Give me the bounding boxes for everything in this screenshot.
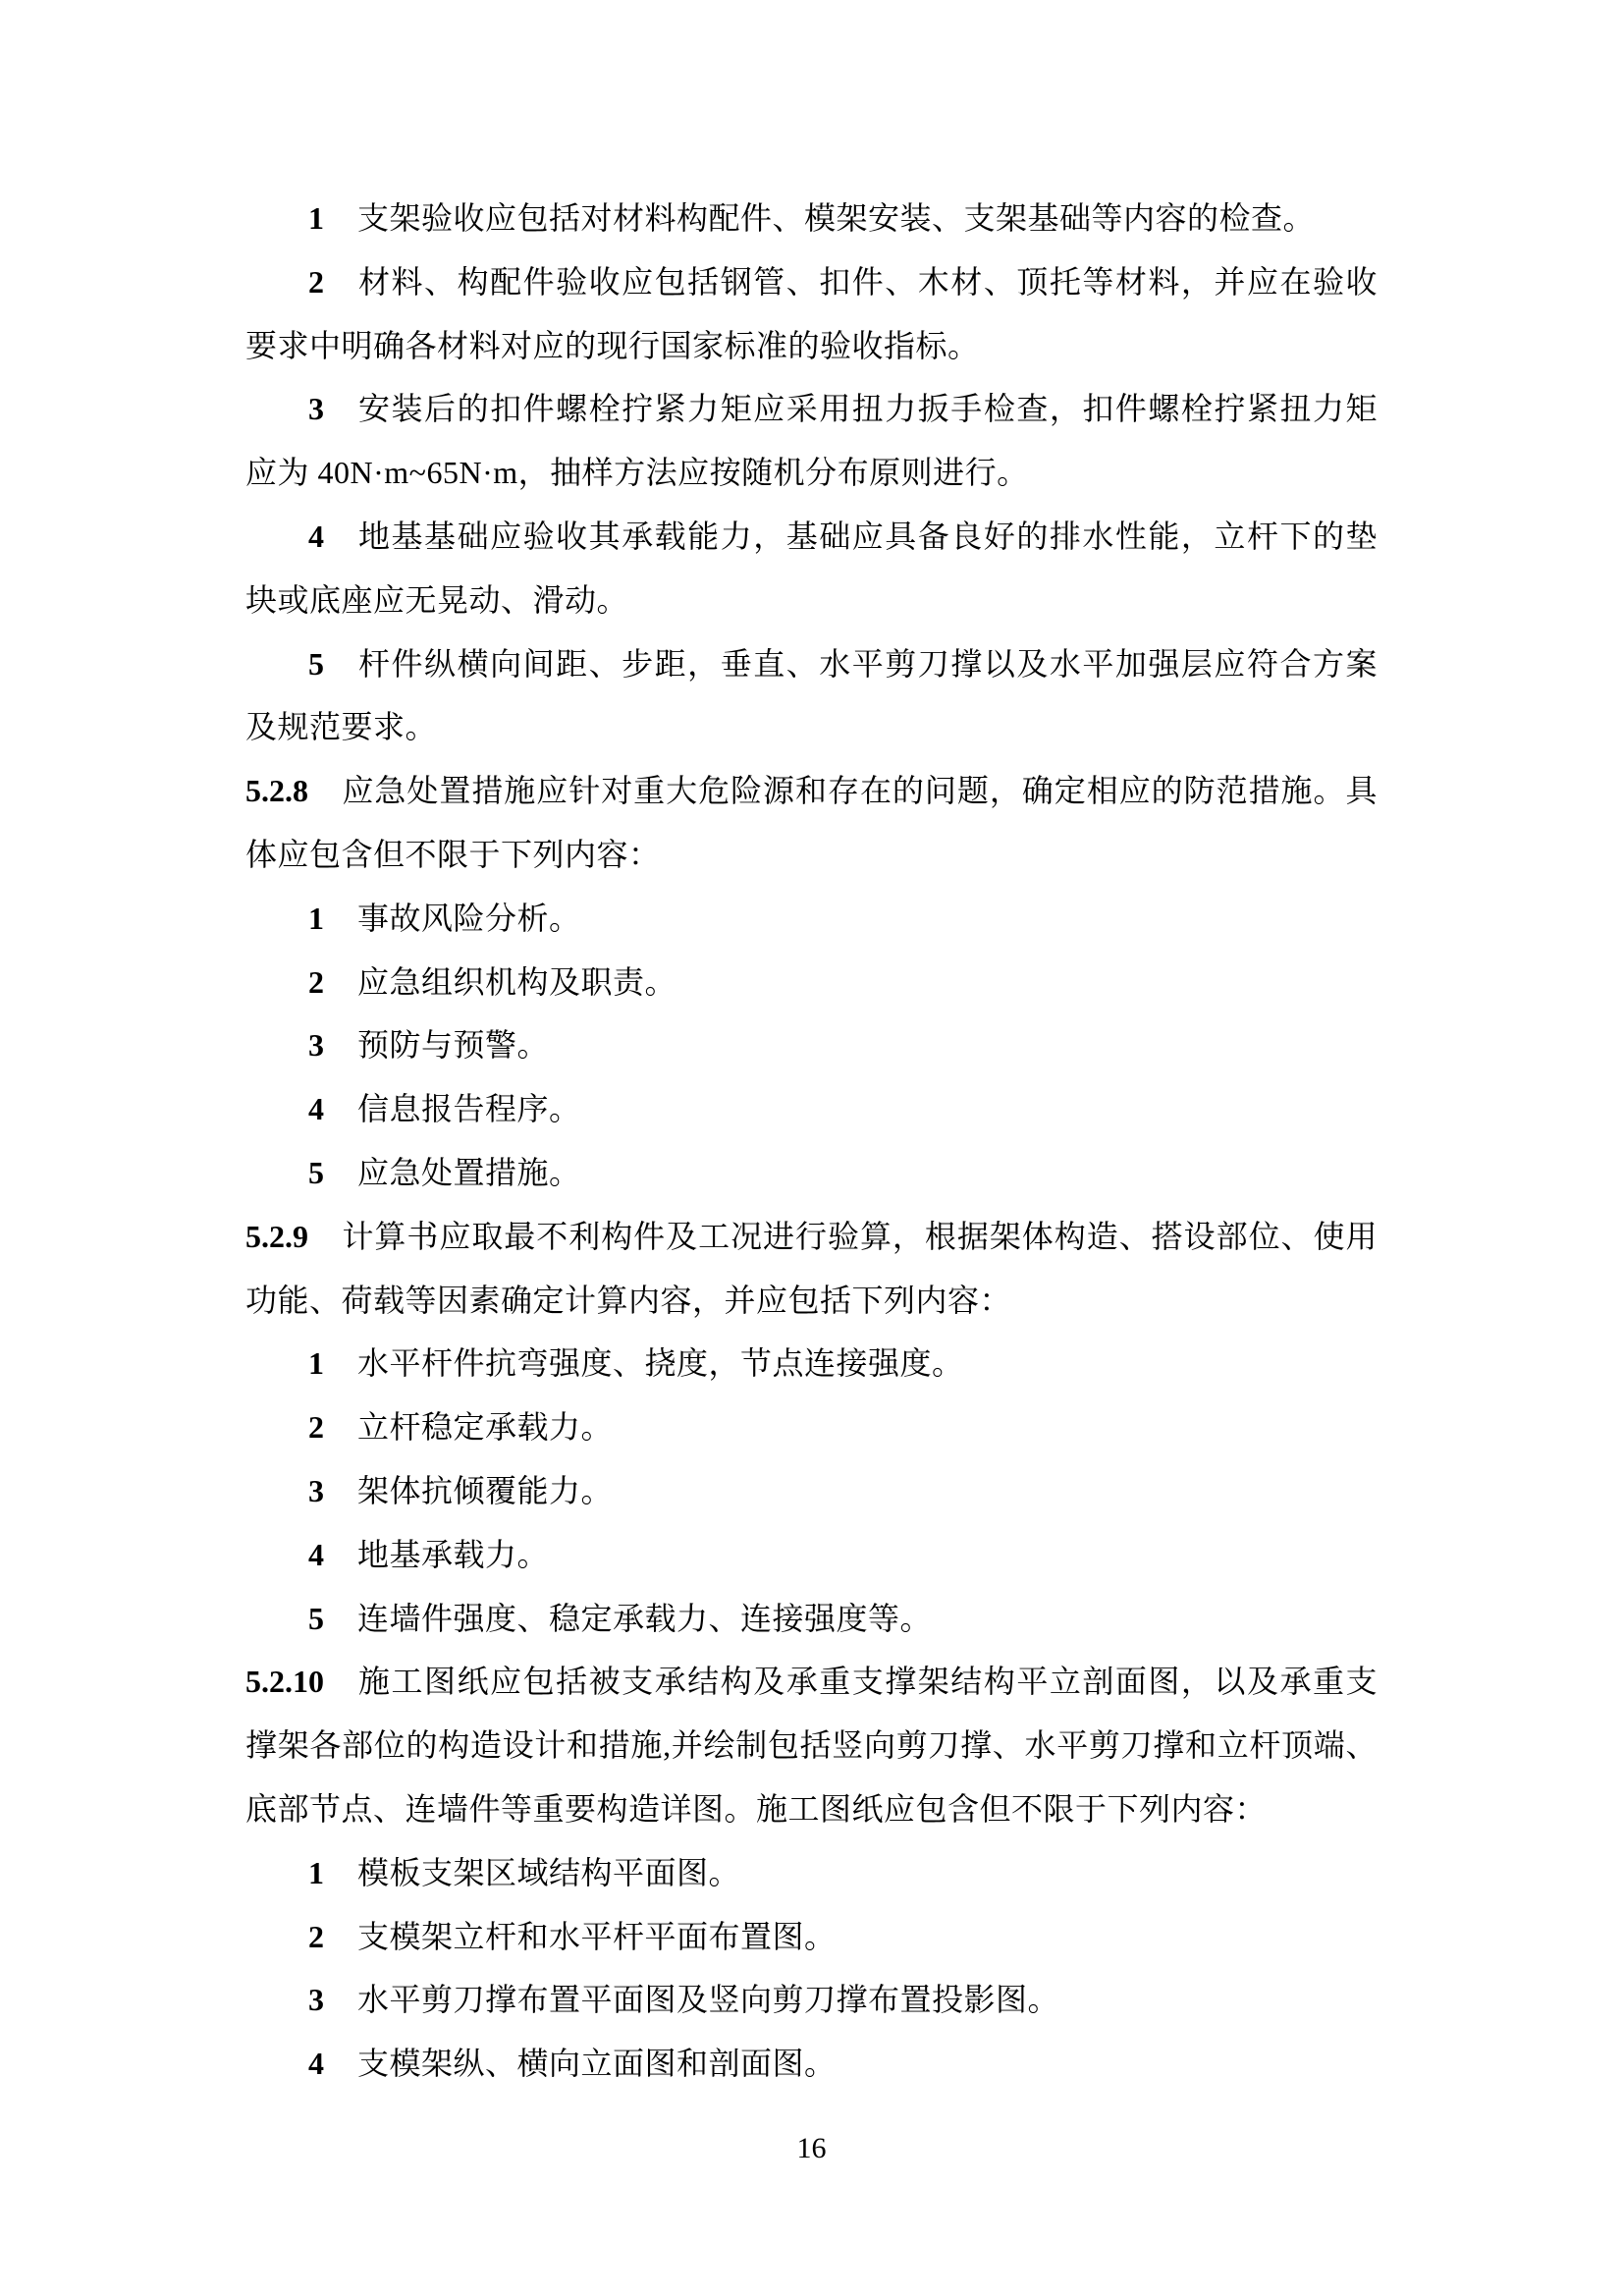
section-number: 5.2.9: [245, 1219, 308, 1254]
line-text: 体应包含但不限于下列内容：: [245, 837, 661, 872]
line-text: 支模架立杆和水平杆平面布置图。: [357, 1919, 837, 1954]
list-item-line: 1水平杆件抗弯强度、挠度，节点连接强度。: [245, 1332, 1378, 1395]
item-number: 4: [308, 1537, 324, 1572]
item-number: 1: [308, 200, 324, 236]
line-text: 底部节点、连墙件等重要构造详图。施工图纸应包含但不限于下列内容：: [245, 1791, 1267, 1827]
item-number: 4: [308, 1091, 324, 1126]
item-number: 1: [308, 901, 324, 936]
list-item-line: 3预防与预警。: [245, 1013, 1378, 1077]
item-number: 5: [308, 1155, 324, 1190]
page-number: 16: [0, 2129, 1623, 2168]
item-number: 5: [308, 646, 324, 682]
line-text: 应急组织机构及职责。: [357, 964, 676, 1000]
paragraph-continuation-line: 功能、荷载等因素确定计算内容，并应包括下列内容：: [245, 1269, 1378, 1333]
list-item-line: 2支模架立杆和水平杆平面布置图。: [245, 1905, 1378, 1969]
paragraph-continuation-line: 体应包含但不限于下列内容：: [245, 823, 1378, 887]
list-item-line: 1事故风险分析。: [245, 887, 1378, 951]
paragraph-continuation-line: 撑架各部位的构造设计和措施,并绘制包括竖向剪刀撑、水平剪刀撑和立杆顶端、: [245, 1714, 1378, 1777]
line-text: 杆件纵横向间距、步距，垂直、水平剪刀撑以及水平加强层应符合方案: [357, 646, 1378, 682]
list-item-line: 5杆件纵横向间距、步距，垂直、水平剪刀撑以及水平加强层应符合方案: [245, 632, 1378, 696]
line-text: 水平杆件抗弯强度、挠度，节点连接强度。: [357, 1345, 964, 1381]
section-line: 5.2.9计算书应取最不利构件及工况进行验算，根据架体构造、搭设部位、使用: [245, 1205, 1378, 1269]
line-text: 立杆稳定承载力。: [357, 1409, 613, 1445]
list-item-line: 5应急处置措施。: [245, 1141, 1378, 1205]
paragraph-continuation-line: 应为 40N·m~65N·m，抽样方法应按随机分布原则进行。: [245, 441, 1378, 505]
line-text: 预防与预警。: [357, 1027, 549, 1063]
line-text: 连墙件强度、稳定承载力、连接强度等。: [357, 1601, 932, 1636]
document-page: 1支架验收应包括对材料构配件、模架安装、支架基础等内容的检查。2材料、构配件验收…: [0, 0, 1623, 2296]
list-item-line: 1模板支架区域结构平面图。: [245, 1841, 1378, 1905]
item-number: 5: [308, 1601, 324, 1636]
list-item-line: 3水平剪刀撑布置平面图及竖向剪刀撑布置投影图。: [245, 1968, 1378, 2032]
list-item-line: 4信息报告程序。: [245, 1077, 1378, 1141]
item-number: 2: [308, 1409, 324, 1445]
line-text: 地基承载力。: [357, 1537, 549, 1572]
list-item-line: 2材料、构配件验收应包括钢管、扣件、木材、顶托等材料，并应在验收: [245, 250, 1378, 314]
document-body: 1支架验收应包括对材料构配件、模架安装、支架基础等内容的检查。2材料、构配件验收…: [245, 187, 1378, 2096]
section-number: 5.2.10: [245, 1664, 324, 1699]
line-text: 功能、荷载等因素确定计算内容，并应包括下列内容：: [245, 1283, 1011, 1318]
item-number: 3: [308, 391, 324, 426]
line-text: 应为 40N·m~65N·m，抽样方法应按随机分布原则进行。: [245, 455, 1029, 490]
item-number: 4: [308, 2046, 324, 2081]
line-text: 地基基础应验收其承载能力，基础应具备良好的排水性能，立杆下的垫: [357, 519, 1378, 554]
line-text: 应急处置措施应针对重大危险源和存在的问题，确定相应的防范措施。具: [342, 773, 1378, 808]
line-text: 信息报告程序。: [357, 1091, 581, 1126]
item-number: 4: [308, 519, 324, 554]
line-text: 块或底座应无晃动、滑动。: [245, 582, 628, 618]
line-text: 材料、构配件验收应包括钢管、扣件、木材、顶托等材料，并应在验收: [357, 264, 1378, 300]
item-number: 3: [308, 1982, 324, 2017]
section-line: 5.2.8应急处置措施应针对重大危险源和存在的问题，确定相应的防范措施。具: [245, 759, 1378, 823]
list-item-line: 2立杆稳定承载力。: [245, 1395, 1378, 1459]
item-number: 1: [308, 1855, 324, 1890]
line-text: 撑架各部位的构造设计和措施,并绘制包括竖向剪刀撑、水平剪刀撑和立杆顶端、: [245, 1727, 1378, 1763]
list-item-line: 3架体抗倾覆能力。: [245, 1459, 1378, 1523]
list-item-line: 1支架验收应包括对材料构配件、模架安装、支架基础等内容的检查。: [245, 187, 1378, 250]
item-number: 1: [308, 1345, 324, 1381]
item-number: 3: [308, 1473, 324, 1508]
section-line: 5.2.10施工图纸应包括被支承结构及承重支撑架结构平立剖面图，以及承重支: [245, 1650, 1378, 1714]
item-number: 3: [308, 1027, 324, 1063]
line-text: 支模架纵、横向立面图和剖面图。: [357, 2046, 837, 2081]
line-text: 支架验收应包括对材料构配件、模架安装、支架基础等内容的检查。: [357, 200, 1315, 236]
section-number: 5.2.8: [245, 773, 308, 808]
line-text: 要求中明确各材料对应的现行国家标准的验收指标。: [245, 328, 980, 363]
list-item-line: 5连墙件强度、稳定承载力、连接强度等。: [245, 1587, 1378, 1651]
list-item-line: 4支模架纵、横向立面图和剖面图。: [245, 2032, 1378, 2096]
line-text: 施工图纸应包括被支承结构及承重支撑架结构平立剖面图，以及承重支: [357, 1664, 1378, 1699]
item-number: 2: [308, 1919, 324, 1954]
line-text: 安装后的扣件螺栓拧紧力矩应采用扭力扳手检查，扣件螺栓拧紧扭力矩: [357, 391, 1378, 426]
line-text: 事故风险分析。: [357, 901, 581, 936]
list-item-line: 3安装后的扣件螺栓拧紧力矩应采用扭力扳手检查，扣件螺栓拧紧扭力矩: [245, 377, 1378, 441]
line-text: 计算书应取最不利构件及工况进行验算，根据架体构造、搭设部位、使用: [342, 1219, 1378, 1254]
list-item-line: 4地基基础应验收其承载能力，基础应具备良好的排水性能，立杆下的垫: [245, 505, 1378, 569]
item-number: 2: [308, 264, 324, 300]
line-text: 应急处置措施。: [357, 1155, 581, 1190]
line-text: 模板支架区域结构平面图。: [357, 1855, 740, 1890]
line-text: 水平剪刀撑布置平面图及竖向剪刀撑布置投影图。: [357, 1982, 1059, 2017]
paragraph-continuation-line: 要求中明确各材料对应的现行国家标准的验收指标。: [245, 314, 1378, 378]
paragraph-continuation-line: 底部节点、连墙件等重要构造详图。施工图纸应包含但不限于下列内容：: [245, 1777, 1378, 1841]
item-number: 2: [308, 964, 324, 1000]
paragraph-continuation-line: 块或底座应无晃动、滑动。: [245, 569, 1378, 632]
list-item-line: 2应急组织机构及职责。: [245, 951, 1378, 1014]
line-text: 架体抗倾覆能力。: [357, 1473, 613, 1508]
line-text: 及规范要求。: [245, 709, 437, 744]
list-item-line: 4地基承载力。: [245, 1523, 1378, 1587]
paragraph-continuation-line: 及规范要求。: [245, 695, 1378, 759]
